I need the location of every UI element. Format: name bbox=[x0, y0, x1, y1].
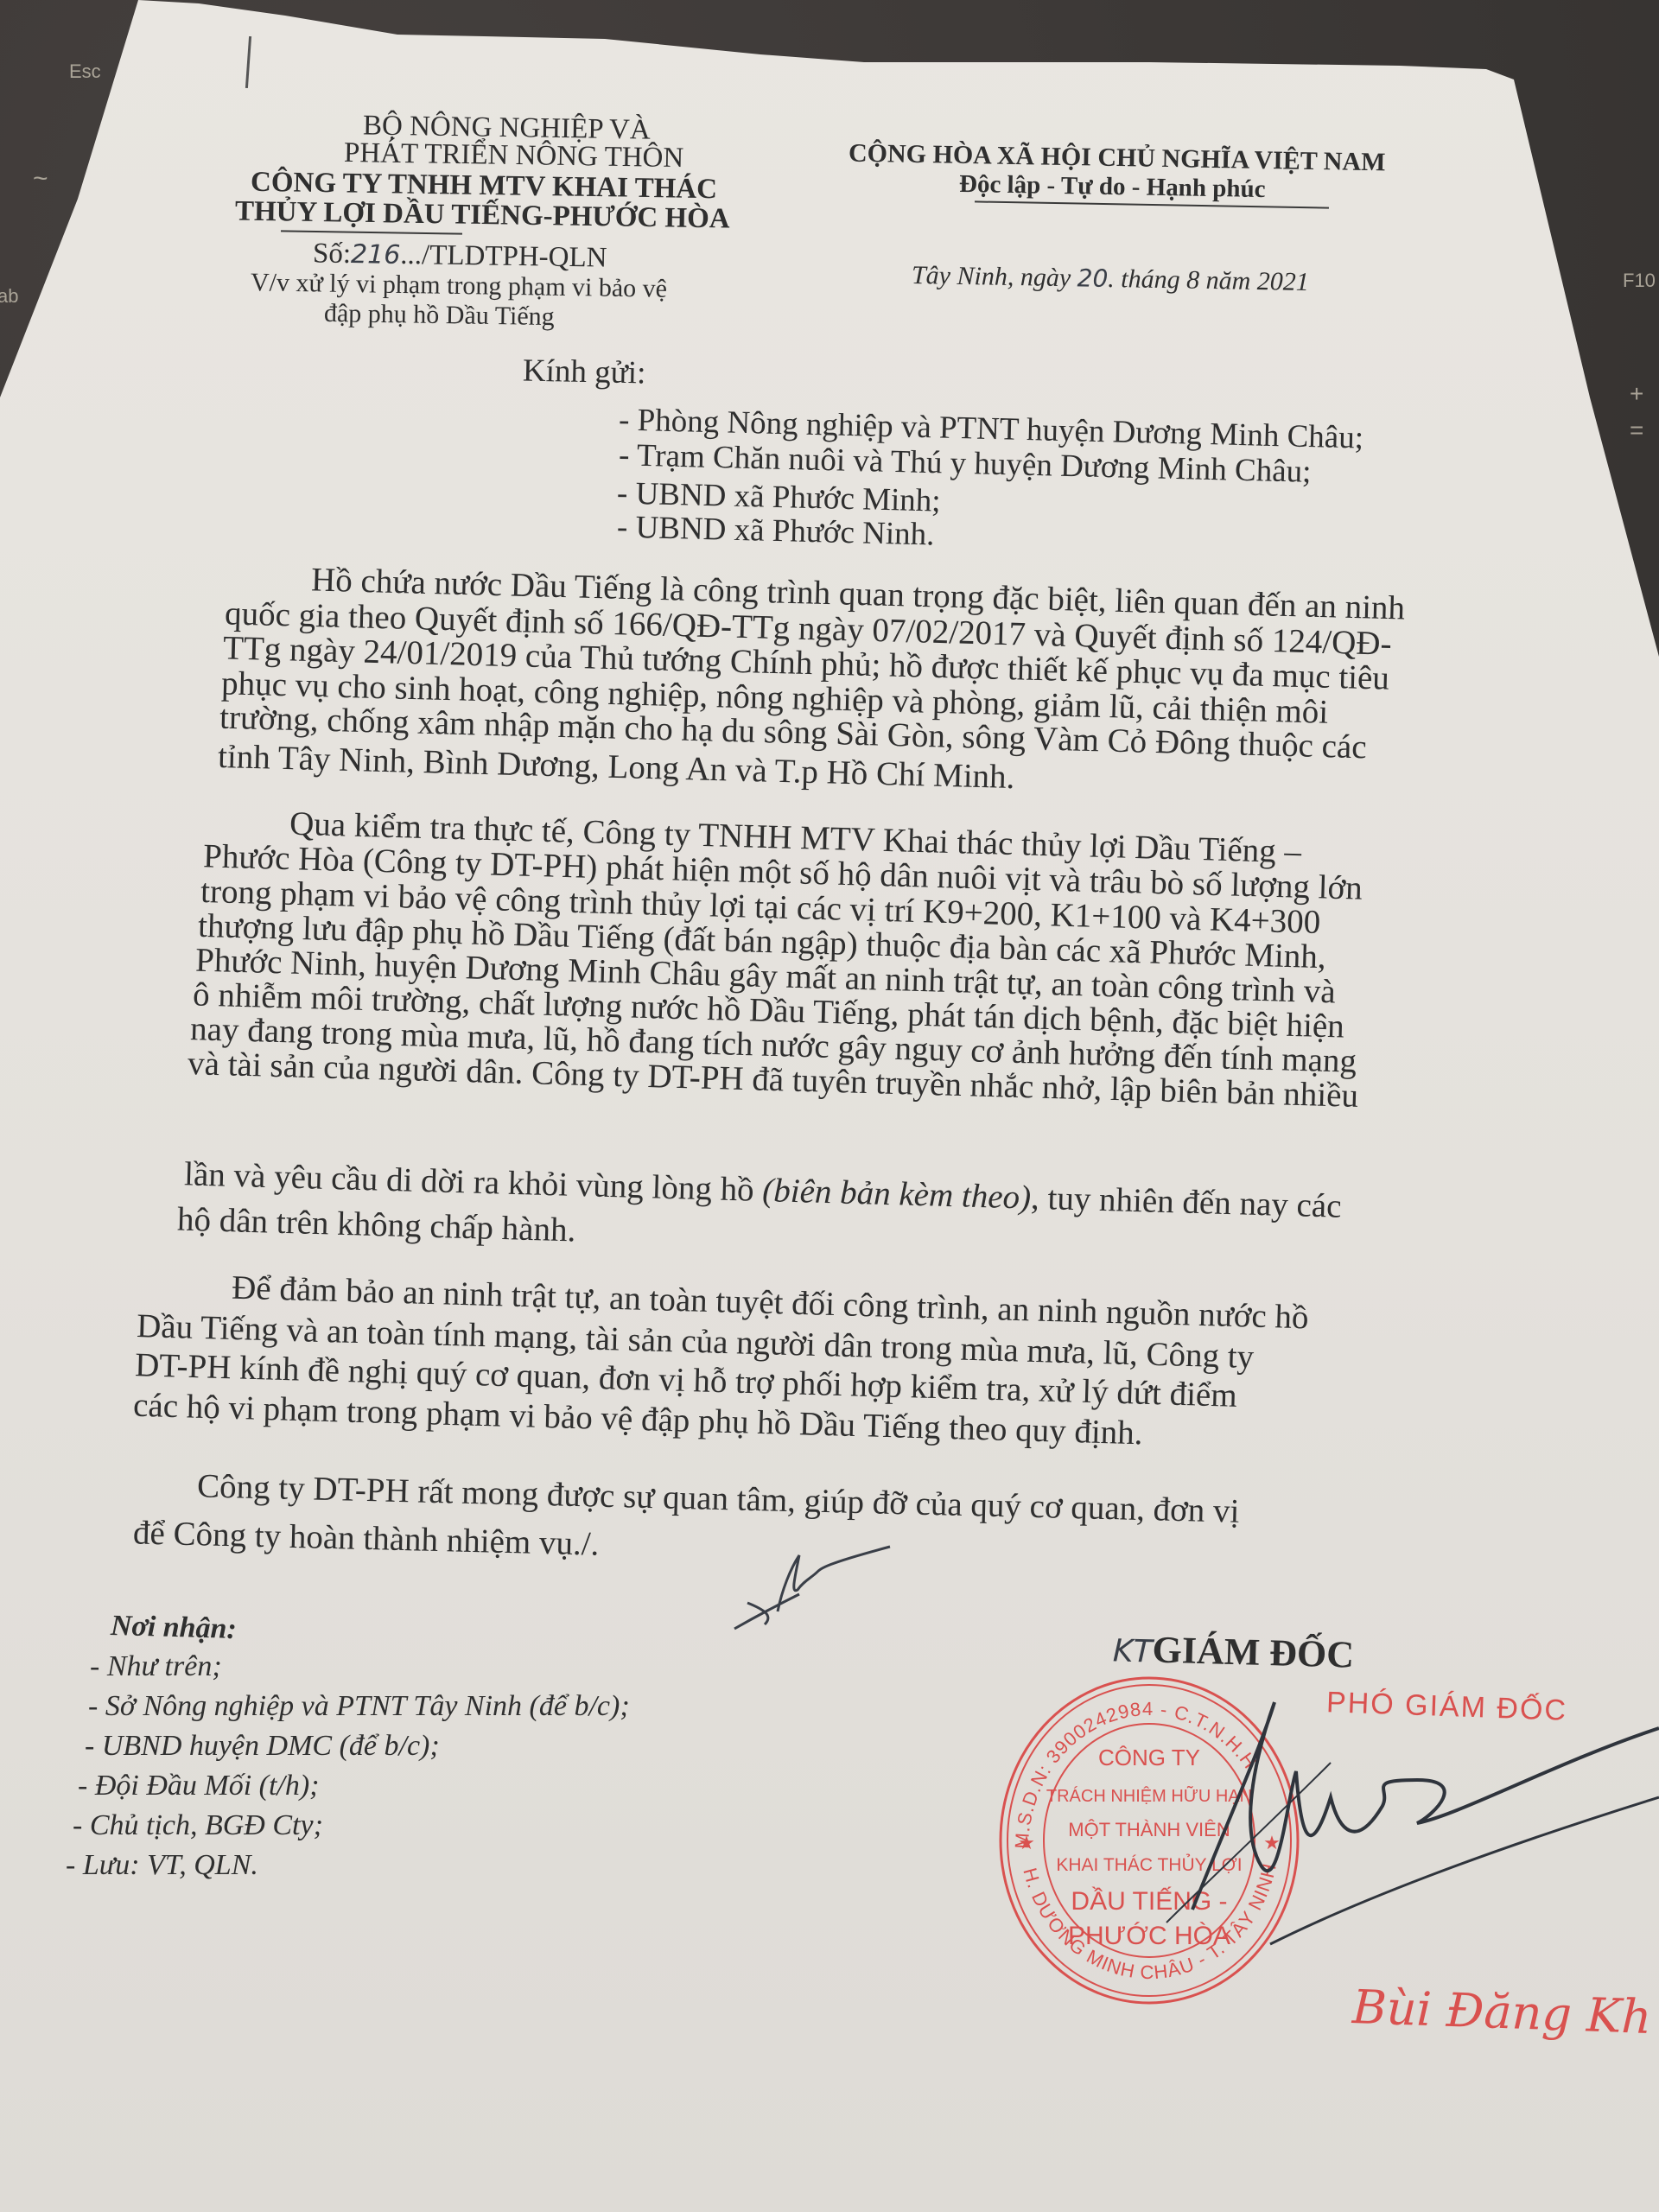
recipients-label: Kính gửi: bbox=[523, 355, 646, 390]
national-motto: Độc lập - Tự do - Hạnh phúc bbox=[959, 172, 1266, 202]
motto-underline bbox=[975, 200, 1329, 208]
official-letter-page: BỘ NÔNG NGHIỆP VÀ PHÁT TRIỂN NÔNG THÔN C… bbox=[0, 0, 1659, 2212]
recipient-item: - UBND xã Phước Ninh. bbox=[617, 512, 935, 551]
keyboard-key-plus: + bbox=[1630, 380, 1643, 408]
svg-text:★: ★ bbox=[1018, 1832, 1035, 1853]
director-signature-icon bbox=[1158, 1694, 1659, 1953]
body-line: hộ dân trên không chấp hành. bbox=[177, 1203, 576, 1248]
body-text: lần và yêu cầu di dời ra khỏi vùng lòng … bbox=[184, 1155, 763, 1209]
keyboard-key-equals: = bbox=[1630, 416, 1643, 444]
pencil-mark bbox=[245, 36, 251, 88]
document-number-label: Số: bbox=[313, 238, 352, 270]
distribution-label: Nơi nhận: bbox=[111, 1611, 238, 1644]
company-name-line2: THỦY LỢI DẦU TIẾNG-PHƯỚC HÒA bbox=[235, 198, 730, 234]
keyboard-key-f10: F10 bbox=[1623, 270, 1656, 292]
attachment-note: (biên bản kèm theo) bbox=[762, 1172, 1032, 1217]
document-number: Số:216.../TLDTPH-QLN bbox=[313, 239, 607, 272]
header-left-underline bbox=[281, 230, 462, 234]
keyboard-key-tab: Tab bbox=[0, 285, 18, 308]
ministry-name-line2: PHÁT TRIỂN NÔNG THÔN bbox=[344, 139, 684, 173]
body-text: , tuy nhiên đến nay các bbox=[1030, 1179, 1342, 1225]
distribution-item: - Sở Nông nghiệp và PTNT Tây Ninh (để b/… bbox=[88, 1692, 630, 1721]
keyboard-key-esc: Esc bbox=[69, 60, 101, 83]
place-date-suffix: . tháng 8 năm 2021 bbox=[1108, 264, 1309, 296]
distribution-item: - Đội Đầu Mối (t/h); bbox=[78, 1771, 320, 1801]
keyboard-key-tilde: ~ bbox=[33, 164, 48, 194]
document-number-handwritten: 216 bbox=[351, 239, 401, 270]
subject-line1: V/v xử lý vi phạm trong phạm vi bảo vệ bbox=[251, 270, 667, 302]
document-number-suffix: .../TLDTPH-QLN bbox=[400, 239, 607, 274]
distribution-item: - UBND huyện DMC (để b/c); bbox=[85, 1732, 440, 1761]
body-line: để Công ty hoàn thành nhiệm vụ./. bbox=[133, 1516, 600, 1560]
distribution-item: - Lưu: VT, QLN. bbox=[66, 1851, 258, 1880]
initials-signature-icon bbox=[730, 1542, 903, 1646]
place-and-date: Tây Ninh, ngày 20. tháng 8 năm 2021 bbox=[912, 263, 1309, 296]
signer-name: Bùi Đăng Kh bbox=[1351, 1984, 1652, 2041]
distribution-item: - Như trên; bbox=[90, 1652, 222, 1681]
place-date-prefix: Tây Ninh, ngày bbox=[912, 261, 1071, 292]
nation-title: CỘNG HÒA XÃ HỘI CHỦ NGHĨA VIỆT NAM bbox=[849, 141, 1386, 176]
distribution-item: - Chủ tịch, BGĐ Cty; bbox=[73, 1811, 323, 1840]
day-handwritten: 20 bbox=[1077, 264, 1108, 293]
subject-line2: đập phụ hồ Dầu Tiếng bbox=[324, 301, 555, 330]
